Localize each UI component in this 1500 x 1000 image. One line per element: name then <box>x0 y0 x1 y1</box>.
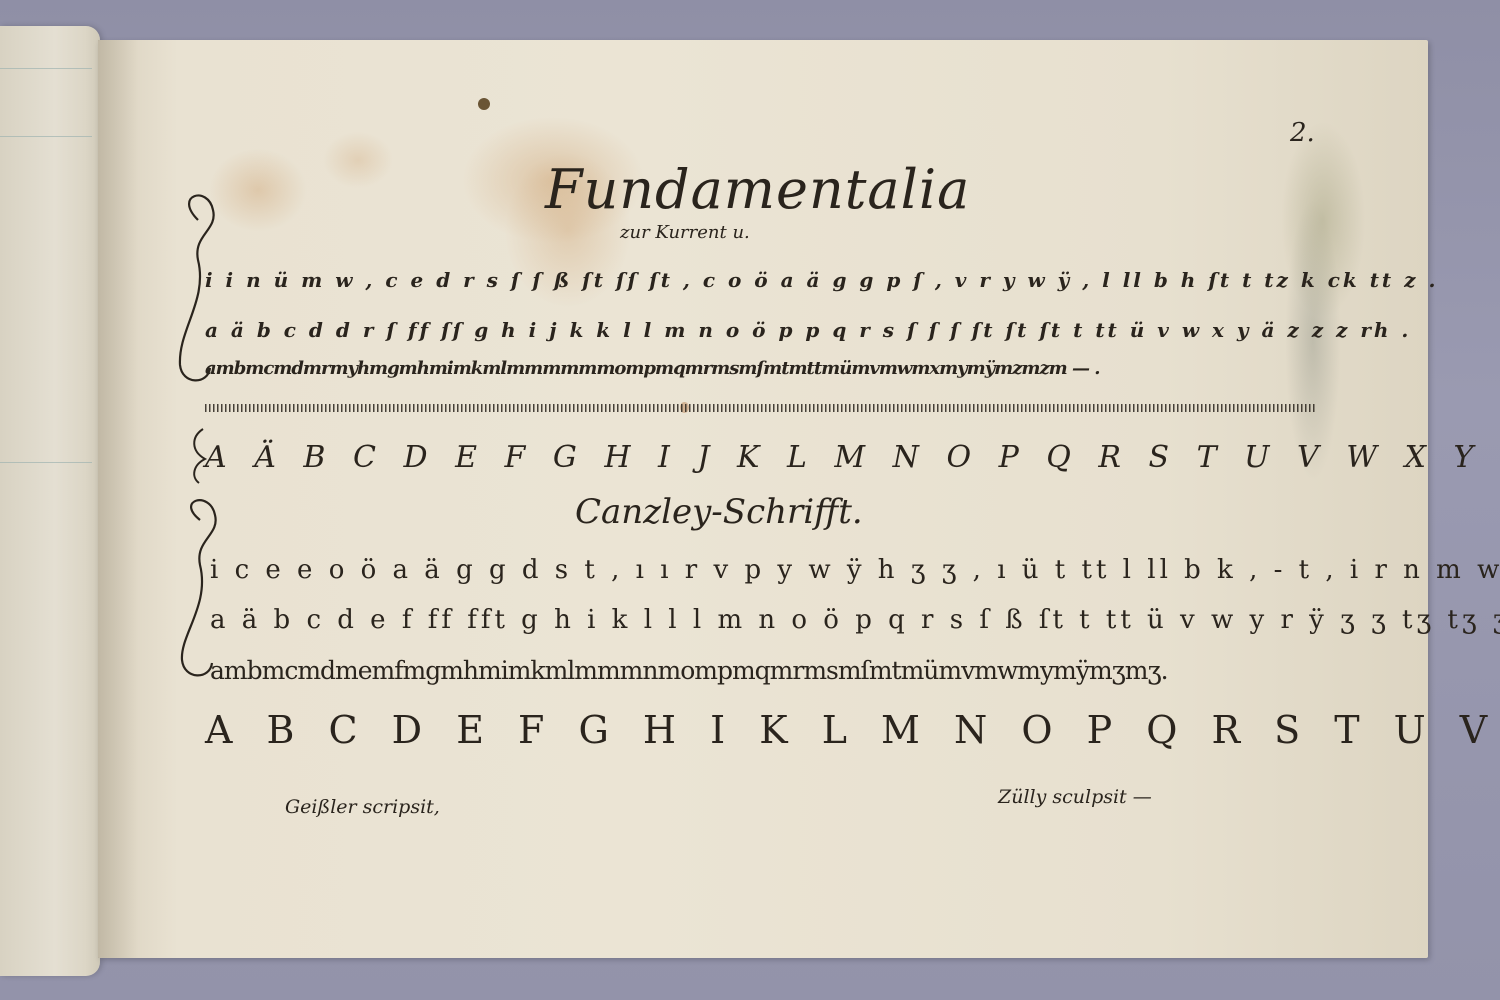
kanzlei-minuscule-line-2: a ä b c d e f ff fft g h i k l l l m n o… <box>210 605 1500 635</box>
scribe-credit: Geißler scripsit, <box>285 796 440 818</box>
page-rule-line <box>0 68 92 69</box>
pen-exercise-rule <box>205 404 1315 412</box>
kanzlei-minuscule-line-1: i c e e o ö a ä g g d s t , ı ı r v p y … <box>210 555 1500 585</box>
kurrent-connection-line: ambmcmdmrmyhmgmhmimkmlmmmmmmompmqmrmsmſm… <box>205 358 1100 379</box>
kurrent-capitals-line: A Ä B C D E F G H I J K L M N O P Q R S … <box>205 440 1500 475</box>
page-subtitle: zur Kurrent u. <box>620 222 750 243</box>
kurrent-minuscule-line-1: i i n ü m w , c e d r s ſ ſ ß ſt ſſ ſt ,… <box>205 268 1438 292</box>
binding-hole <box>478 98 490 110</box>
page-rule-line <box>0 136 92 137</box>
page-rule-line <box>0 462 92 463</box>
kurrent-minuscule-line-2: a ä b c d d r ſ ff ſſ g h i j k k l l m … <box>205 318 1411 342</box>
page-number: 2. <box>1290 118 1315 148</box>
kanzlei-capitals-line: A B C D E F G H I K L M N O P Q R S T U … <box>205 708 1500 752</box>
facing-page-left <box>0 26 100 976</box>
engraver-credit: Zülly sculpsit — <box>998 786 1152 808</box>
kanzlei-connection-line: ambmcmdmemfmgmhmimkmlmmmnmompmqmrmsmſmtm… <box>210 656 1168 685</box>
section-heading-kanzlei: Canzley-Schrifft. <box>575 492 863 532</box>
book-gutter <box>98 40 138 958</box>
page-title: Fundamentalia <box>545 158 970 221</box>
